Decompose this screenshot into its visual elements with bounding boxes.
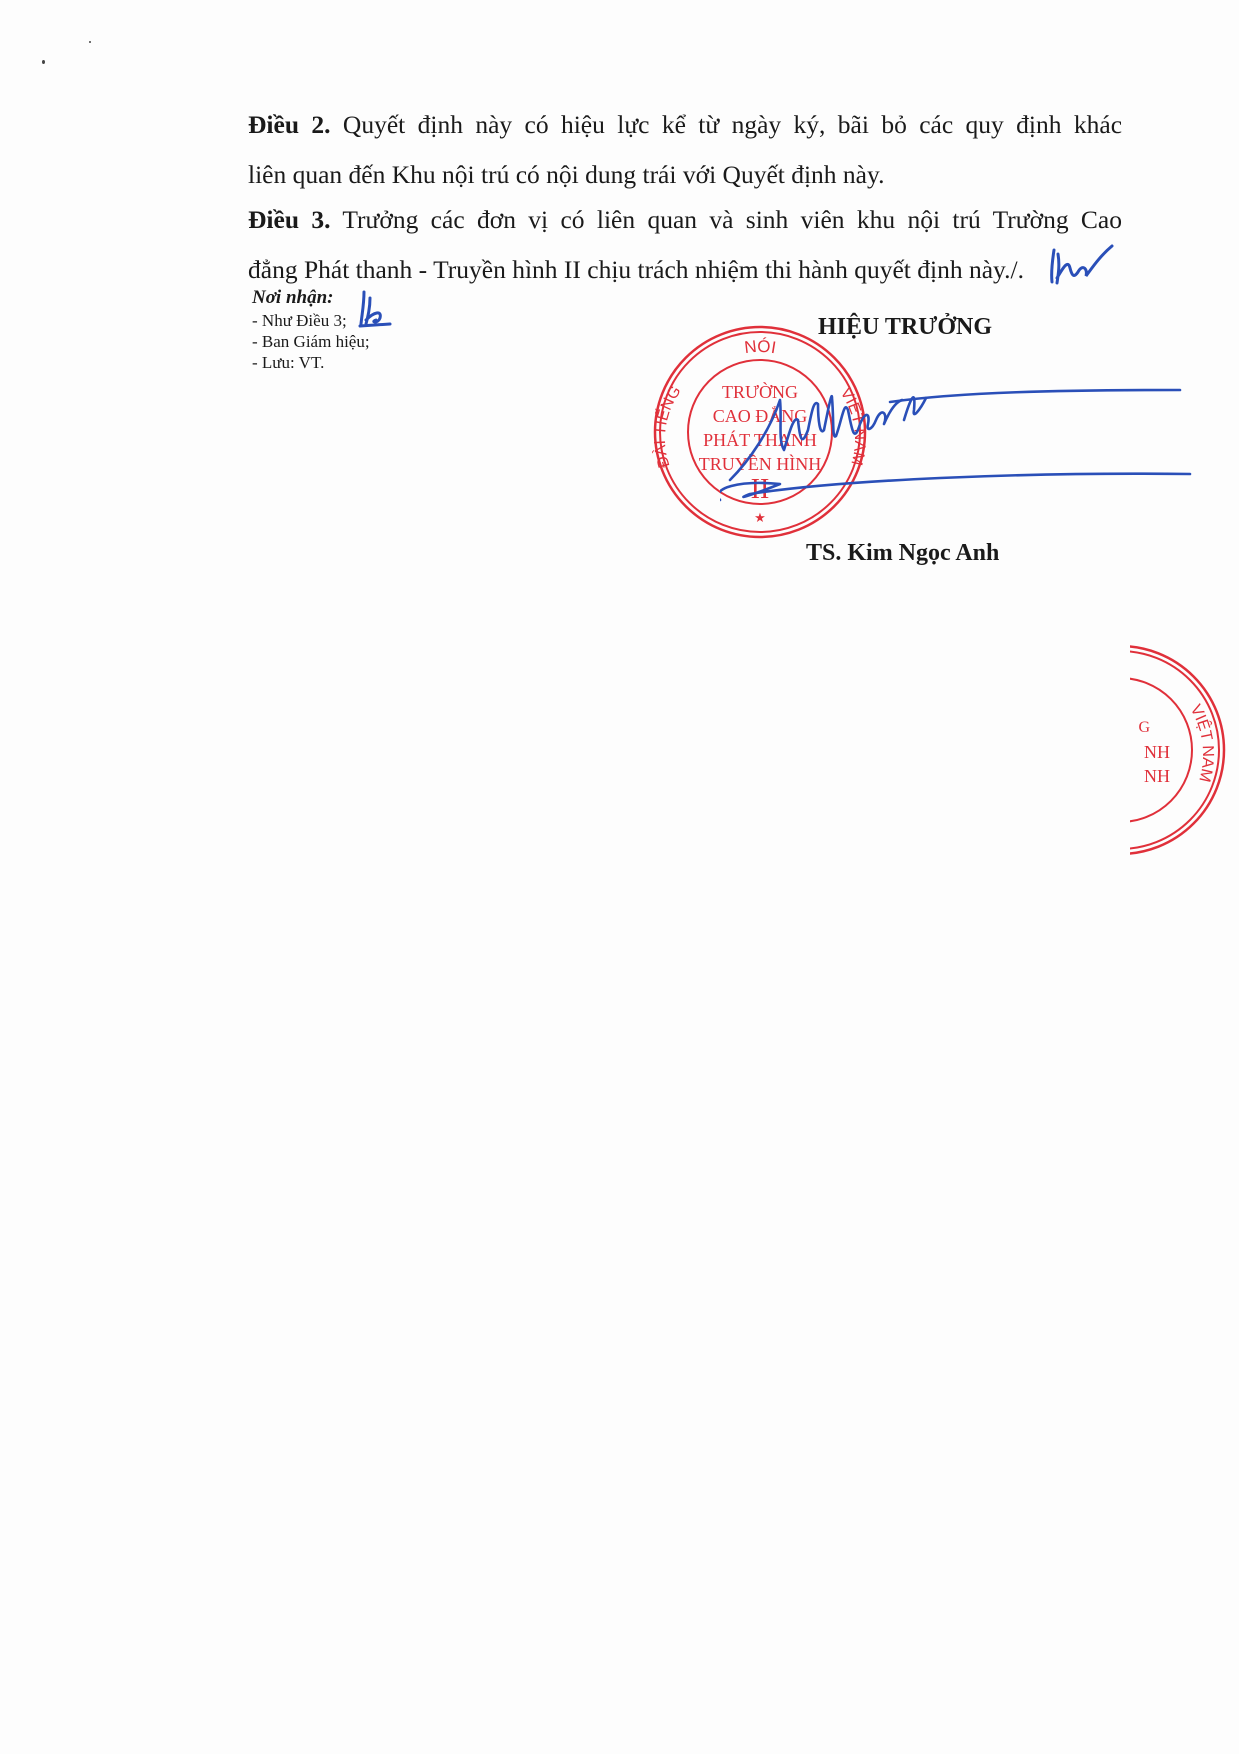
stamp-outer-top-text: NÓI	[743, 337, 777, 358]
article-3-label: Điều 3.	[248, 205, 330, 234]
recipient-item: - Như Điều 3;	[252, 310, 370, 331]
recipients-initial-mark	[356, 290, 396, 330]
article-3-line-1: Điều 3. Trưởng các đơn vị có liên quan v…	[248, 195, 1122, 245]
article-2-line-1: Điều 2. Quyết định này có hiệu lực kể từ…	[248, 100, 1122, 150]
recipients-title: Nơi nhận:	[252, 287, 370, 308]
initial-signature-mark	[1048, 238, 1118, 288]
article-3-text-2: đẳng Phát thanh - Truyền hình II chịu tr…	[248, 255, 1024, 284]
recipient-item: - Ban Giám hiệu;	[252, 331, 370, 352]
partial-stamp-fragment: NH	[1144, 766, 1170, 786]
partial-stamp-fragment: NH	[1144, 742, 1170, 762]
article-2-line-2: liên quan đến Khu nội trú có nội dung tr…	[248, 150, 1122, 200]
partial-stamp-fragment: G	[1138, 719, 1150, 736]
document-page: Điều 2. Quyết định này có hiệu lực kể từ…	[0, 0, 1239, 1754]
article-2-text: Quyết định này có hiệu lực kể từ ngày ký…	[343, 110, 1122, 139]
recipients-block: Nơi nhận: - Như Điều 3; - Ban Giám hiệu;…	[252, 287, 370, 373]
article-3-line-2: đẳng Phát thanh - Truyền hình II chịu tr…	[248, 245, 1122, 295]
scan-speck	[89, 41, 91, 43]
article-2-label: Điều 2.	[248, 110, 331, 139]
article-3: Điều 3. Trưởng các đơn vị có liên quan v…	[248, 195, 1122, 295]
scan-speck	[42, 60, 45, 64]
partial-stamp: VIỆT NAM G NH NH	[1130, 640, 1239, 860]
recipient-item: - Lưu: VT.	[252, 352, 370, 373]
article-2: Điều 2. Quyết định này có hiệu lực kể từ…	[248, 100, 1122, 200]
article-3-text: Trưởng các đơn vị có liên quan và sinh v…	[342, 205, 1122, 234]
signer-name: TS. Kim Ngọc Anh	[806, 540, 999, 567]
handwritten-signature	[720, 380, 1200, 530]
